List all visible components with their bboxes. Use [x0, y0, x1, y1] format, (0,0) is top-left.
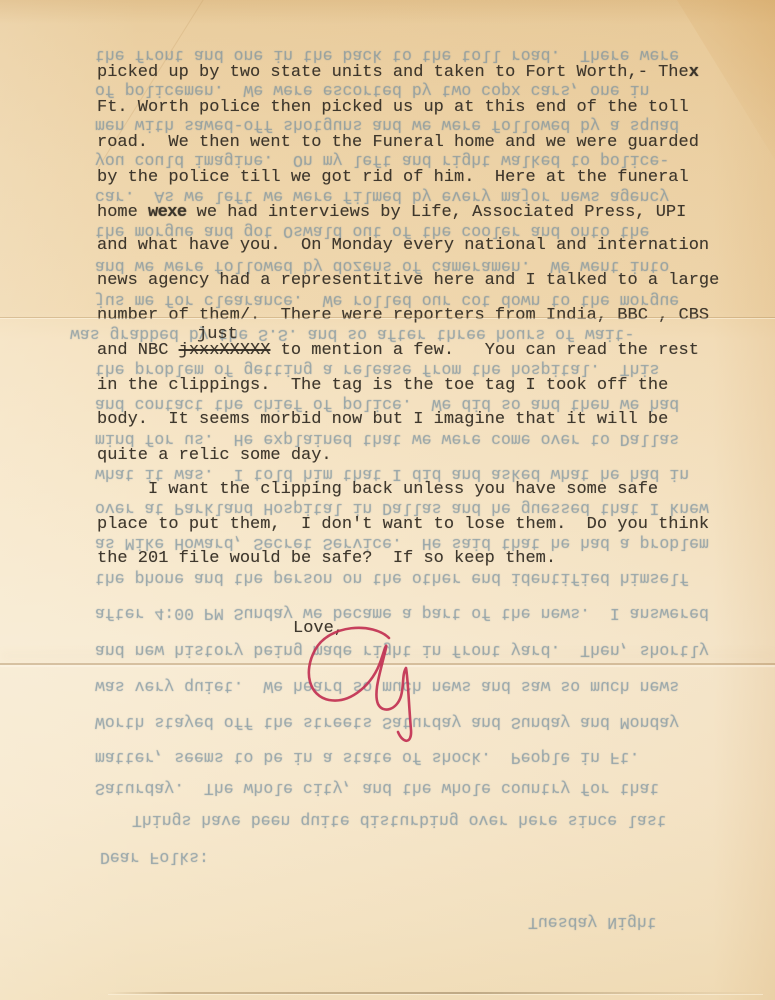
- typed-text: news agency had a representitive here an…: [97, 271, 719, 290]
- letter-line: body. It seems morbid now but I imagine …: [97, 410, 668, 430]
- letter-line: I want the clipping back unless you have…: [97, 480, 658, 500]
- letter-line: road. We then went to the Funeral home a…: [97, 133, 699, 153]
- letter-line: by the police till we got rid of him. He…: [97, 168, 689, 188]
- typed-text: to mention a few. You can read the rest: [270, 341, 698, 360]
- bleed-text: you could imagine. On my left and right …: [95, 150, 669, 170]
- struck-out-text: jxxxXXXXX: [179, 341, 271, 360]
- typed-text: body. It seems morbid now but I imagine …: [97, 410, 668, 429]
- bleed-line: Things have been quite disturbing over h…: [132, 810, 667, 830]
- typed-text: place to put them, I don't want to lose …: [97, 515, 709, 534]
- overtyped-text: wexe: [148, 203, 186, 222]
- letter-line: in the clippings. The tag is the toe tag…: [97, 376, 668, 396]
- typed-text: picked up by two state units and taken t…: [97, 63, 689, 82]
- bleed-text: Tuesday Night: [528, 912, 657, 932]
- typed-text: quite a relic some day.: [97, 446, 332, 465]
- bleed-line: men with sawed-off shotguns and we were …: [95, 115, 679, 135]
- letter-line: and what have you. On Monday every natio…: [97, 236, 709, 256]
- bleed-text: Saturday. The whole city, and the whole …: [95, 778, 659, 798]
- paper-top-shadow: [0, 0, 775, 24]
- bleed-line: Tuesday Night: [528, 912, 657, 932]
- bleed-text: the phone and the person on the other en…: [95, 568, 689, 588]
- letter-line: and NBC jxxxXXXXX to mention a few. You …: [97, 341, 699, 361]
- bleed-line: of policemen. We were escorted by two co…: [95, 80, 650, 100]
- bleed-text: the front and one in the back to the tol…: [95, 45, 679, 65]
- typed-text: and NBC: [97, 341, 179, 360]
- signature-jay: [285, 612, 445, 752]
- letter-line: Ft. Worth police then picked us up at th…: [97, 98, 689, 118]
- typed-text: in the clippings. The tag is the toe tag…: [97, 376, 668, 395]
- typed-text: road. We then went to the Funeral home a…: [97, 133, 699, 152]
- typed-text: home: [97, 203, 148, 222]
- letter-line: number of them/. There were reporters fr…: [97, 306, 709, 326]
- typed-text: number of them/. There were reporters fr…: [97, 306, 709, 325]
- bleed-text: of policemen. We were escorted by two co…: [95, 80, 650, 100]
- typed-text: I want the clipping back unless you have…: [97, 480, 658, 499]
- letter-line: the 201 file would be safe? If so keep t…: [97, 549, 556, 569]
- bleed-line: the phone and the person on the other en…: [95, 568, 689, 588]
- bleed-text: Dear Folks:: [100, 847, 209, 867]
- fold-crease-bottom: [108, 992, 763, 994]
- bleed-line: Saturday. The whole city, and the whole …: [95, 778, 659, 798]
- typed-text: we had interviews by Life, Associated Pr…: [186, 203, 686, 222]
- letter-line: quite a relic some day.: [97, 446, 332, 466]
- bleed-text: men with sawed-off shotguns and we were …: [95, 115, 679, 135]
- bleed-line: the front and one in the back to the tol…: [95, 45, 679, 65]
- letter-line: home wexe we had interviews by Life, Ass…: [97, 203, 686, 223]
- fold-crease-upper: [0, 317, 775, 318]
- bleed-line: you could imagine. On my left and right …: [95, 150, 669, 170]
- overtyped-text: x: [689, 63, 699, 82]
- letter-line: place to put them, I don't want to lose …: [97, 515, 709, 535]
- bleed-line: Dear Folks:: [100, 847, 209, 867]
- typed-text: Ft. Worth police then picked us up at th…: [97, 98, 689, 117]
- typed-text: the 201 file would be safe? If so keep t…: [97, 549, 556, 568]
- letter-line: news agency had a representitive here an…: [97, 271, 719, 291]
- letter-line: picked up by two state units and taken t…: [97, 63, 698, 83]
- bleed-text: Things have been quite disturbing over h…: [132, 810, 667, 830]
- typed-text: and what have you. On Monday every natio…: [97, 236, 709, 255]
- letter-page: the front and one in the back to the tol…: [0, 0, 775, 1000]
- typed-text: by the police till we got rid of him. He…: [97, 168, 689, 187]
